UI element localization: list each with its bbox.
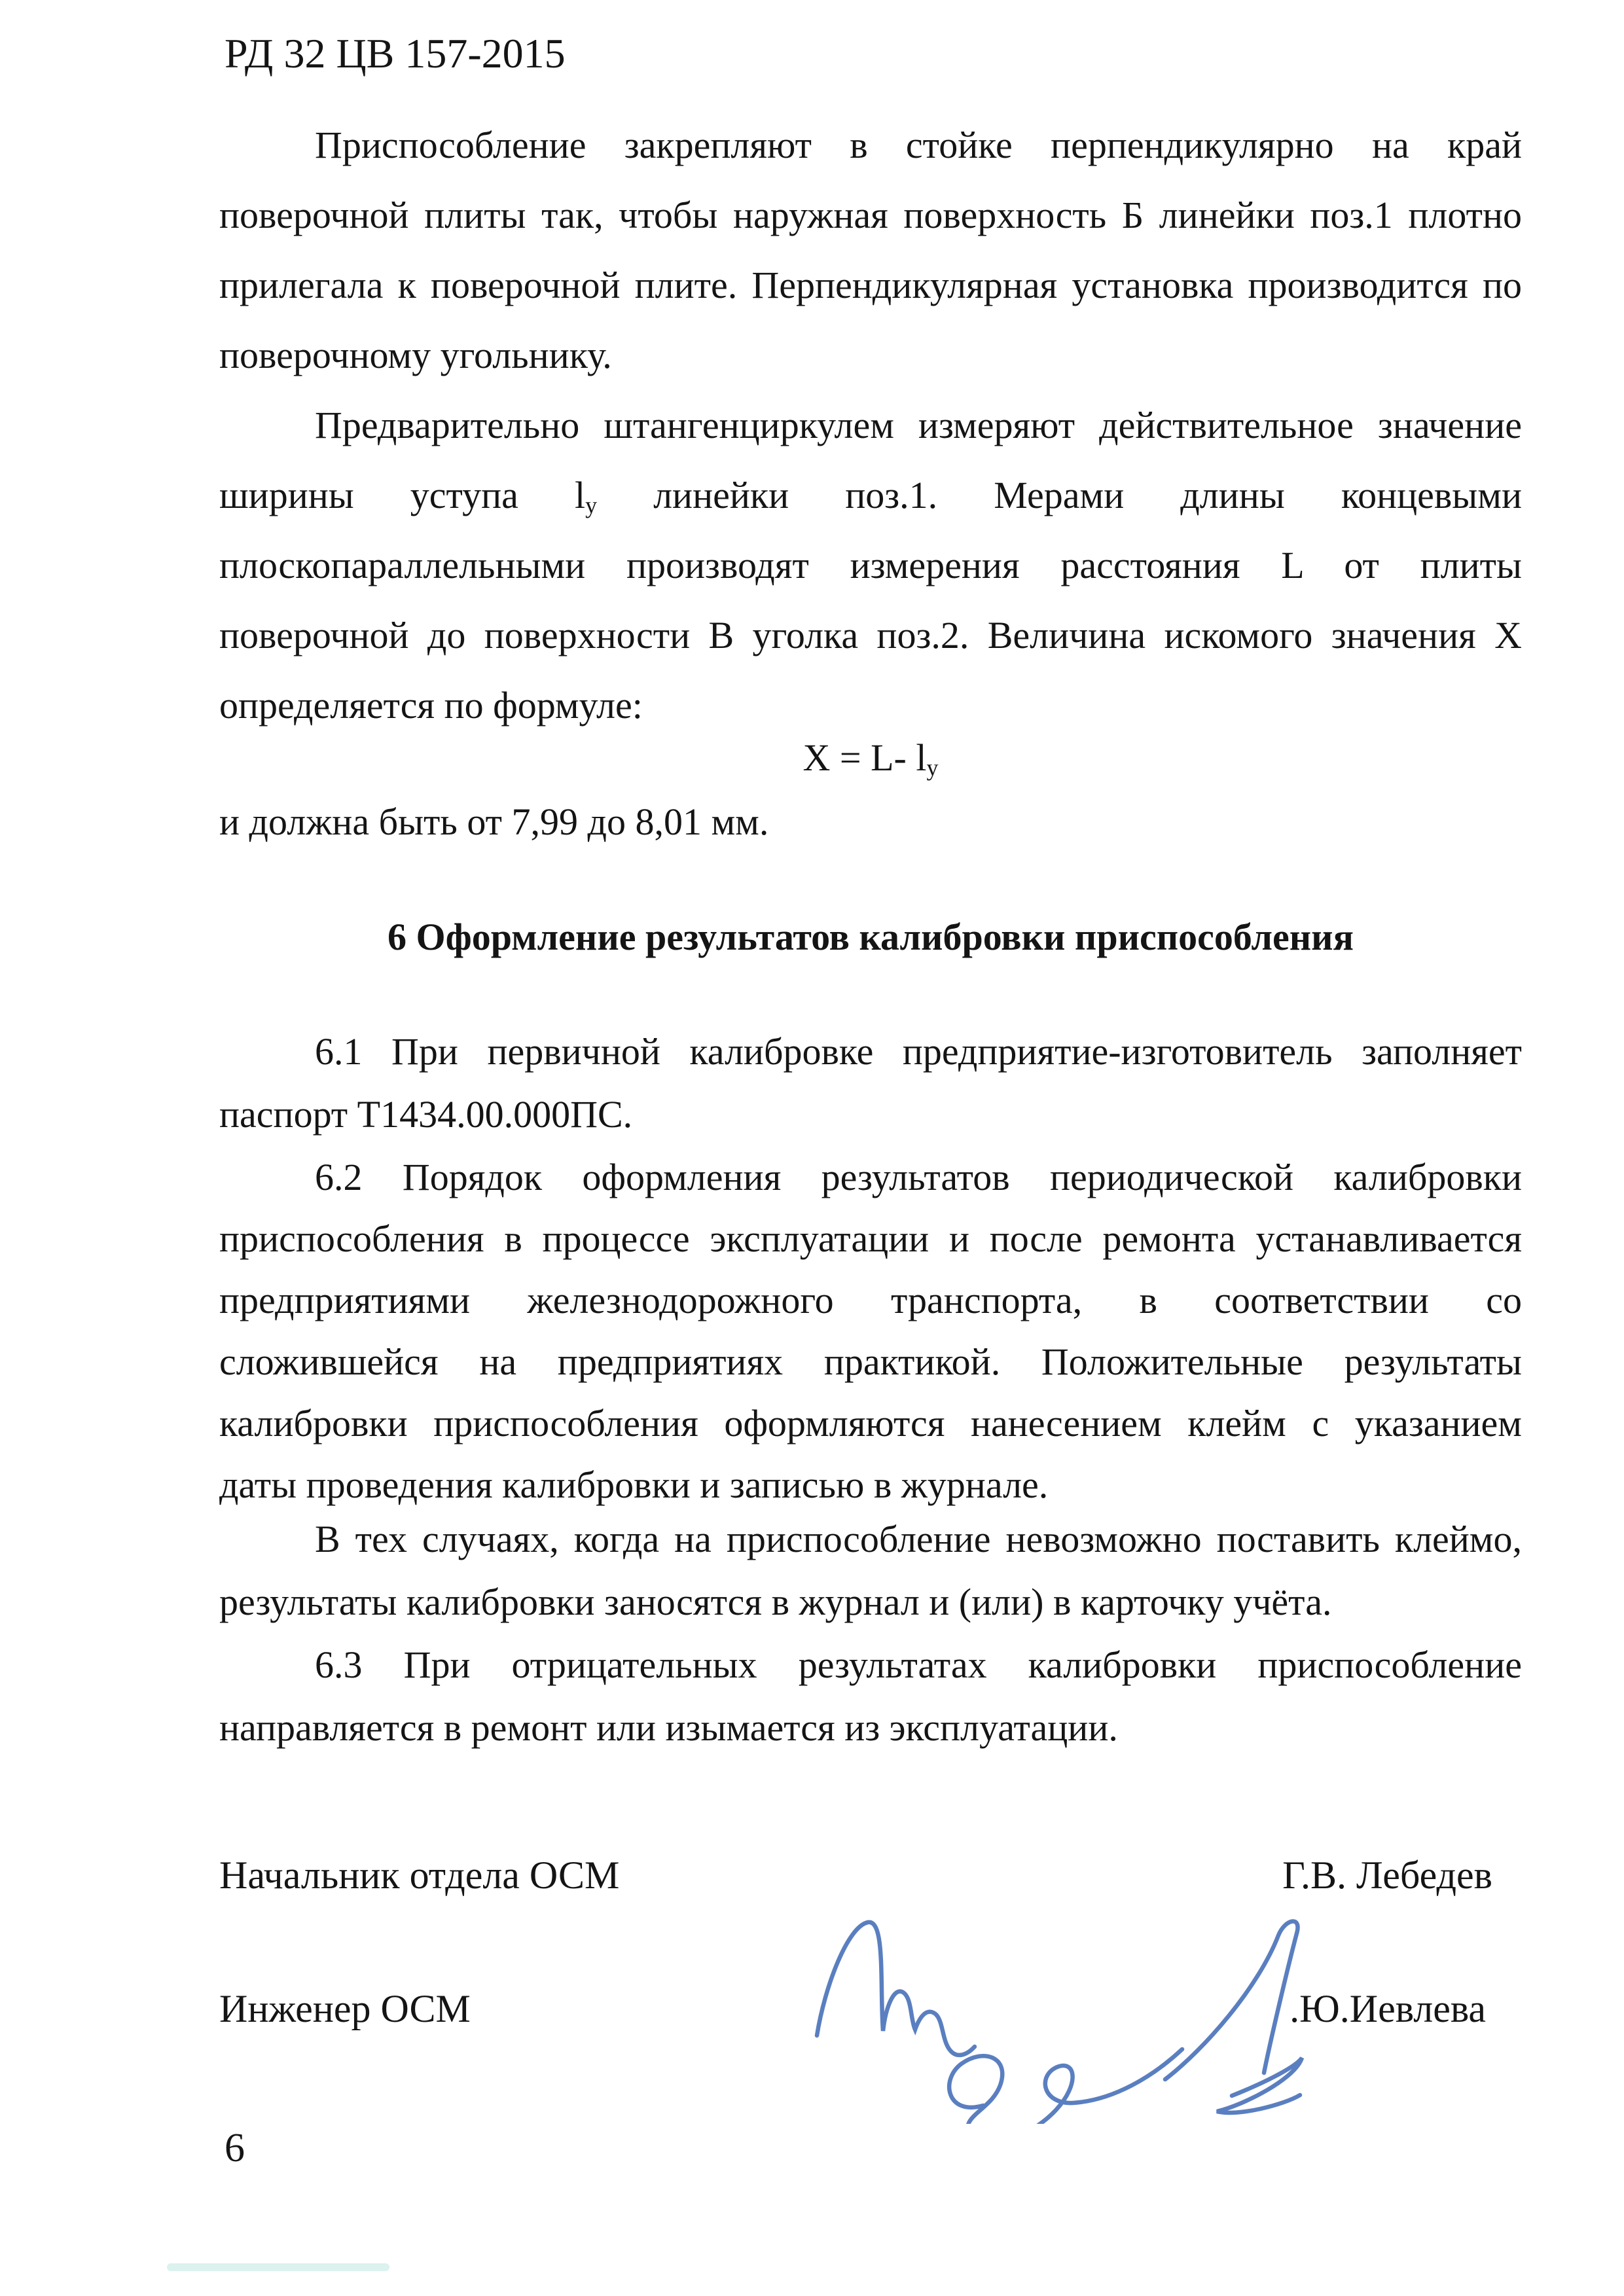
paragraph-6-2: 6.2 Порядок оформления результатов перио… [219, 1147, 1522, 1516]
page-number: 6 [225, 2125, 245, 2172]
signature-stroke [1217, 2058, 1302, 2113]
signature-name: .Ю.Иевлева [1290, 1984, 1486, 2033]
text-line: поверочной до поверхности В уголка поз.2… [219, 600, 1522, 670]
text-line: Предварительно штангенциркулем измеряют … [219, 390, 1522, 460]
text-line: калибровки приспособления оформляются на… [219, 1393, 1522, 1454]
document-code: РД 32 ЦВ 157-2015 [225, 29, 566, 79]
text-line: поверочной плиты так, чтобы наружная пов… [219, 180, 1522, 250]
signature-name: Г.В. Лебедев [1282, 1851, 1492, 1899]
text-line: плоскопараллельными производят измерения… [219, 530, 1522, 600]
text-line: предприятиями железнодорожного транспорт… [219, 1270, 1522, 1331]
text-line: результаты калибровки заносятся в журнал… [219, 1571, 1522, 1634]
paragraph-6-1: 6.1 При первичной калибровке предприятие… [219, 1020, 1522, 1146]
text-line: ширины уступа lу линейки поз.1. Мерами д… [219, 460, 1522, 530]
signature-title: Инженер ОСМ [219, 1984, 471, 2033]
signature-stroke [817, 1922, 975, 2055]
signature-row-chief: Начальник отдела ОСМ Г.В. Лебедев [219, 1851, 1522, 1899]
text-line: направляется в ремонт или изымается из э… [219, 1696, 1522, 1759]
text-line: прилегала к поверочной плите. Перпендику… [219, 250, 1522, 320]
paragraph-6-3: 6.3 При отрицательных результатах калибр… [219, 1634, 1522, 1759]
text-line: паспорт Т1434.00.000ПС. [219, 1083, 1522, 1146]
text-line: 6.1 При первичной калибровке предприятие… [219, 1020, 1522, 1083]
text-line: 6.2 Порядок оформления результатов перио… [219, 1147, 1522, 1208]
document-page: РД 32 ЦВ 157-2015 Приспособление закрепл… [0, 0, 1624, 2296]
paragraph-stamp-cases: В тех случаях, когда на приспособление н… [219, 1508, 1522, 1634]
signature-title: Начальник отдела ОСМ [219, 1851, 619, 1899]
text-line: Приспособление закрепляют в стойке перпе… [219, 110, 1522, 180]
paragraph-measurement: Предварительно штангенциркулем измеряют … [219, 390, 1522, 740]
text-line: В тех случаях, когда на приспособление н… [219, 1508, 1522, 1571]
formula: X = L- lу [219, 723, 1522, 793]
handwritten-signature-ink [812, 1908, 1309, 2124]
paragraph-installation: Приспособление закрепляют в стойке перпе… [219, 110, 1522, 390]
paragraph-tolerance: и должна быть от 7,99 до 8,01 мм. [219, 787, 1522, 857]
section-heading: 6 Оформление результатов калибровки прис… [219, 902, 1522, 972]
text-line: даты проведения калибровки и записью в ж… [219, 1454, 1522, 1516]
text-line: 6.3 При отрицательных результатах калибр… [219, 1634, 1522, 1696]
text-line: сложившейся на предприятиях практикой. П… [219, 1331, 1522, 1393]
signature-stroke [949, 2049, 1182, 2124]
text-line: приспособления в процессе эксплуатации и… [219, 1208, 1522, 1270]
signature-stroke [1165, 1921, 1298, 2079]
scan-artifact [167, 2263, 389, 2271]
text-line: поверочному угольнику. [219, 320, 1522, 390]
